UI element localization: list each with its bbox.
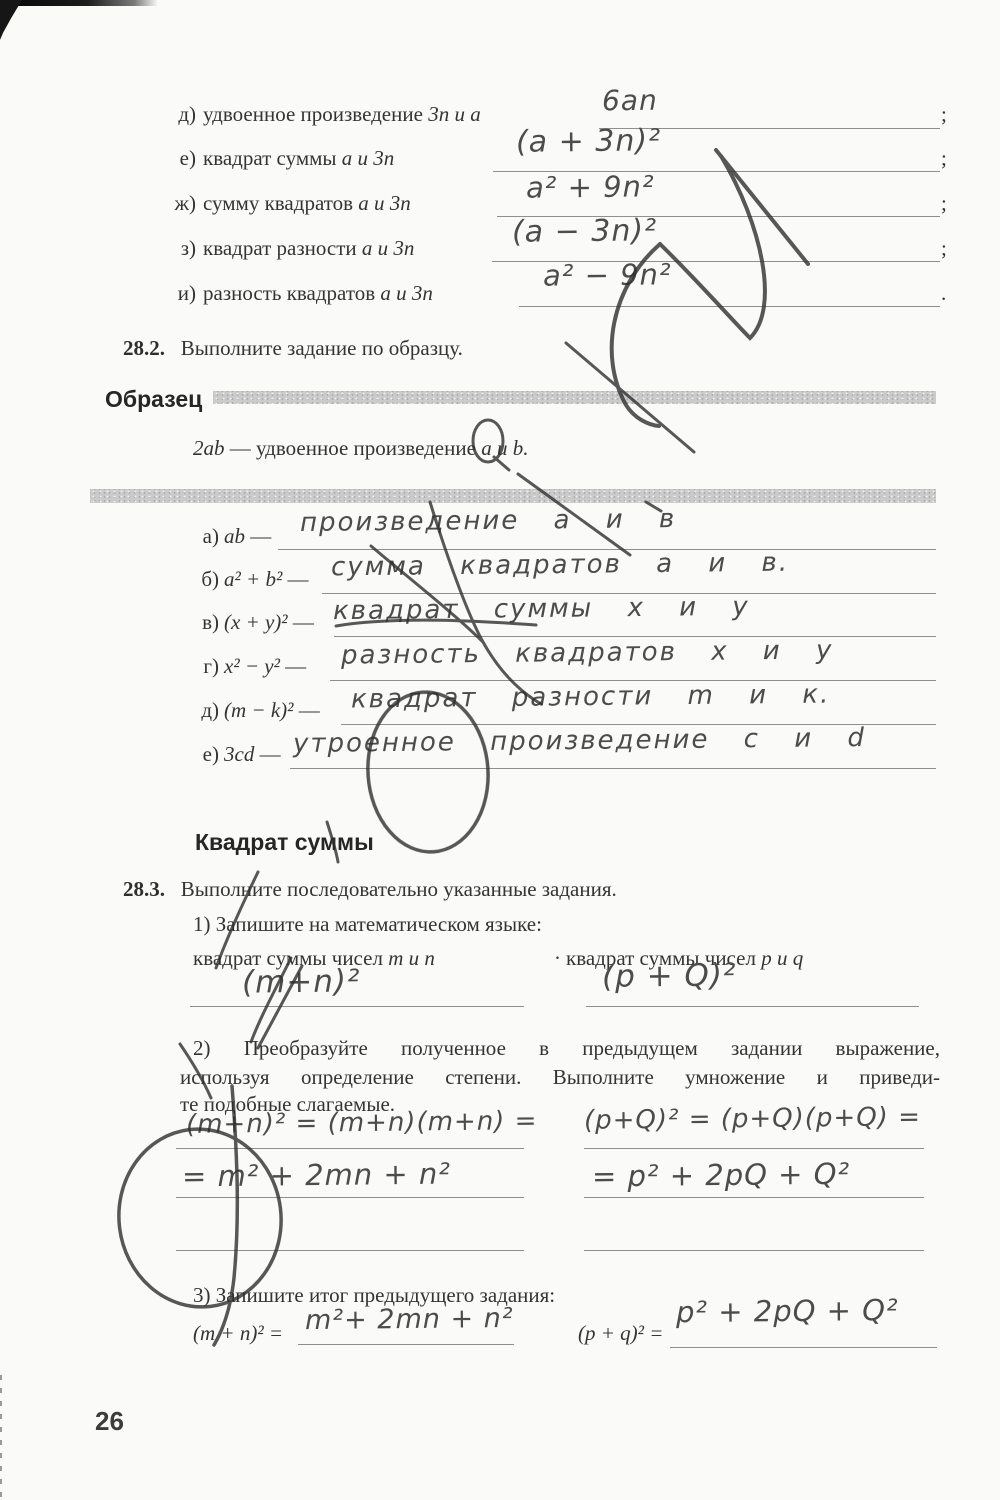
handwritten-eq-left-2: = m² + 2mn + n² — [182, 1157, 451, 1194]
answer-line — [670, 1347, 937, 1348]
caption-vars: m и n — [388, 946, 435, 970]
handwritten-step1-left: (m+n)² — [242, 963, 361, 1000]
row-text: сумму квадратов — [203, 191, 353, 215]
row-text: квадрат разности — [203, 236, 357, 260]
exercise-row-d: д)удвоенное произведение 3n и a — [156, 102, 481, 127]
exercise-row-i: и)разность квадратов a и 3n — [156, 281, 433, 306]
page-number: 26 — [95, 1406, 124, 1437]
row-vars: 3n и a — [428, 102, 481, 126]
answer-line — [298, 1344, 514, 1345]
row-label: и) — [156, 281, 196, 306]
exercise-row-z: з)квадрат разности a и 3n — [156, 236, 414, 261]
section-header-square-sum: Квадрат суммы — [195, 829, 374, 856]
sample-desc: удвоенное произведение — [256, 436, 476, 460]
task-28-2: 28.2. Выполните задание по образцу. — [123, 336, 463, 361]
exercise-row-zh: ж)сумму квадратов a и 3n — [156, 191, 411, 216]
handwritten-item-e: утроенное произведение с и d — [293, 723, 866, 759]
row-vars: a и 3n — [362, 236, 415, 260]
row-vars: a и 3n — [380, 281, 433, 305]
item-dash: — — [293, 610, 314, 634]
handwritten-answer-zh: a² + 9n² — [526, 169, 655, 204]
item-row-g: г)x² − y² — — [193, 654, 306, 679]
step2-line2: используя определение степени. Выполните… — [180, 1065, 940, 1090]
handwritten-item-g: разность квадратов х и у — [341, 635, 834, 670]
handwritten-item-d: квадрат разности m и к. — [351, 679, 831, 714]
row-label: ж) — [156, 191, 196, 216]
task-text: Выполните последовательно указанные зада… — [181, 877, 617, 901]
answer-line — [176, 1148, 524, 1149]
item-label: в) — [193, 610, 219, 635]
answer-line — [586, 1006, 919, 1007]
item-row-b: б)a² + b² — — [193, 567, 309, 592]
item-dash: — — [285, 654, 306, 678]
row-vars: a и 3n — [342, 146, 395, 170]
pen-stroke — [716, 150, 808, 264]
handwritten-item-a: произведение а и в — [300, 504, 677, 538]
item-label: б) — [193, 567, 219, 592]
item-row-a: а)ab — — [193, 524, 271, 549]
item-row-v: в)(x + y)² — — [193, 610, 314, 635]
answer-line — [584, 1148, 924, 1149]
handwritten-item-v: квадрат суммы х и у — [333, 592, 750, 626]
handwritten-eq-left-1: (m+n)² = (m+n)(m+n) = — [186, 1106, 538, 1140]
step1-label: 1) Запишите на математическом языке: — [193, 912, 542, 937]
task-28-3: 28.3. Выполните последовательно указанны… — [123, 877, 617, 902]
row-punct: ; — [941, 191, 947, 216]
item-formula: 3cd — [224, 742, 254, 766]
row-label: з) — [156, 236, 196, 261]
row-punct: . — [941, 281, 946, 306]
row-label: е) — [156, 146, 196, 171]
sample-vars: a и b. — [481, 436, 528, 460]
answer-line — [176, 1197, 524, 1198]
caption-vars: p и q — [761, 946, 803, 970]
task-number: 28.3. — [123, 877, 165, 901]
answer-line — [176, 1250, 524, 1251]
sample-header: Образец — [105, 386, 202, 413]
handwritten-answer-i: a² − 9n² — [543, 257, 672, 292]
handwritten-step3-left: m²+ 2mn + n² — [305, 1303, 514, 1336]
row-text: разность квадратов — [203, 281, 375, 305]
step3-left-prefix: (m + n)² = — [193, 1321, 283, 1346]
sample-formula: 2ab — [193, 436, 225, 460]
item-dash: — — [288, 567, 309, 591]
item-row-e2: е)3cd — — [193, 742, 281, 767]
item-formula: a² + b² — [224, 567, 282, 591]
answer-line — [190, 1006, 524, 1007]
row-punct: ; — [941, 102, 947, 127]
scan-artifact-corner-blob — [0, 0, 22, 42]
item-dash: — — [299, 698, 320, 722]
handwritten-eq-right-2: = p² + 2pQ + Q² — [592, 1157, 851, 1194]
row-vars: a и 3n — [358, 191, 411, 215]
item-formula: x² − y² — [224, 654, 280, 678]
scan-artifact-top-bar — [0, 0, 158, 6]
row-label: д) — [156, 102, 196, 127]
answer-line — [519, 306, 940, 307]
answer-line — [584, 1250, 924, 1251]
workbook-page: д)удвоенное произведение 3n и a ; 6an е)… — [0, 0, 1000, 1500]
row-punct: ; — [941, 146, 947, 171]
row-text: удвоенное произведение — [203, 102, 423, 126]
item-label: е) — [193, 742, 219, 767]
decorative-bar — [90, 489, 936, 503]
handwritten-step1-right: (p + Q)² — [602, 957, 737, 994]
step2-line1: 2) Преобразуйте полученное в предыдущем … — [193, 1036, 940, 1061]
row-text: квадрат суммы — [203, 146, 337, 170]
item-label: г) — [193, 654, 219, 679]
decorative-bar — [213, 391, 936, 404]
item-label: а) — [193, 524, 219, 549]
task-number: 28.2. — [123, 336, 165, 360]
handwritten-answer-d: 6an — [602, 84, 658, 118]
item-dash: — — [250, 524, 271, 548]
scan-artifact-left-edge — [0, 1375, 2, 1500]
handwritten-step3-right: p² + 2pQ + Q² — [676, 1293, 899, 1329]
task-text: Выполните задание по образцу. — [181, 336, 463, 360]
row-punct: ; — [941, 236, 947, 261]
item-dash: — — [260, 742, 281, 766]
step3-right-prefix: (p + q)² = — [578, 1321, 663, 1346]
answer-line — [584, 1197, 924, 1198]
handwritten-answer-z: (a − 3n)² — [512, 213, 657, 250]
handwritten-answer-e: (a + 3n)² — [516, 123, 661, 160]
item-formula: (m − k)² — [224, 698, 293, 722]
item-row-d2: д)(m − k)² — — [193, 698, 320, 723]
answer-line — [290, 768, 936, 769]
item-label: д) — [193, 698, 219, 723]
sample-line: 2ab — удвоенное произведение a и b. — [193, 436, 528, 461]
handwritten-item-b: сумма квадратов а и в. — [331, 548, 789, 583]
sample-dash: — — [230, 436, 251, 460]
column-separator-dot: · — [554, 946, 561, 971]
handwritten-eq-right-1: (p+Q)² = (p+Q)(p+Q) = — [584, 1102, 921, 1136]
exercise-row-e: е)квадрат суммы a и 3n — [156, 146, 394, 171]
item-formula: (x + y)² — [224, 610, 288, 634]
item-formula: ab — [224, 524, 245, 548]
pen-stroke — [660, 156, 765, 338]
